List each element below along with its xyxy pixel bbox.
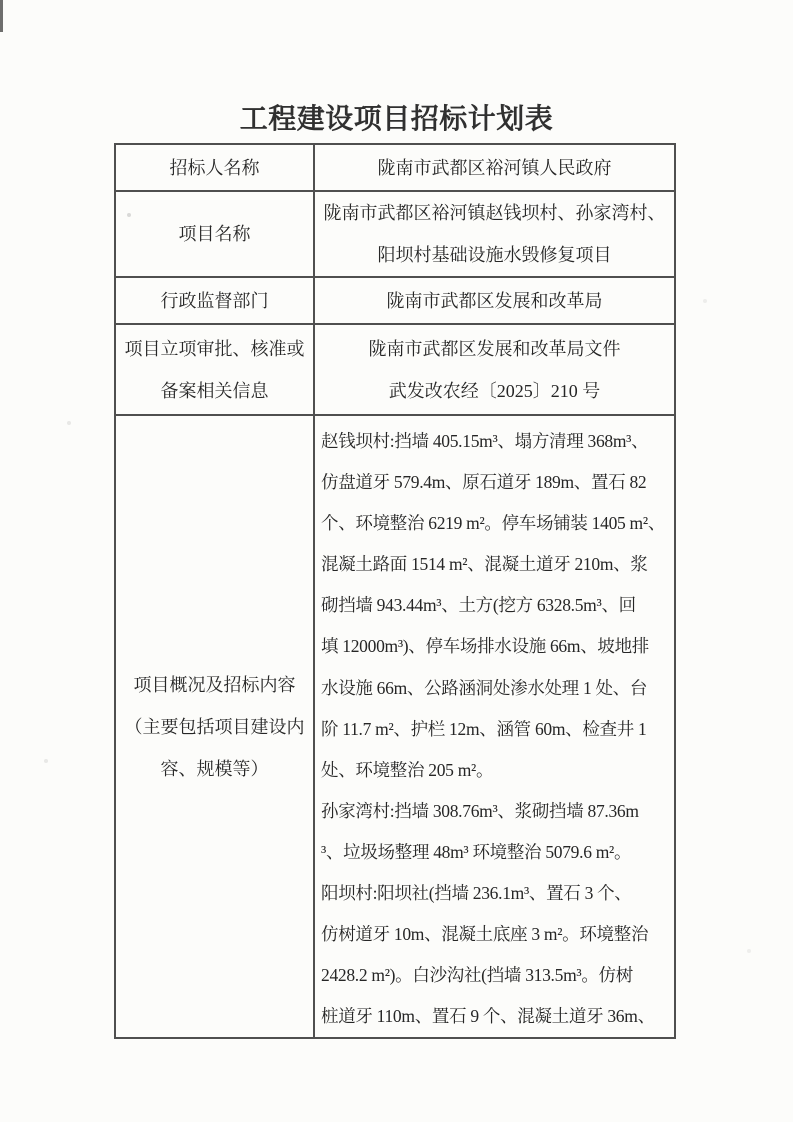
text-line: 行政监督部门 [118,280,311,322]
text-line: 仿盘道牙 579.4m、原石道牙 189m、置石 82 [321,462,672,503]
text-line: 武发改农经〔2025〕210 号 [317,370,672,412]
text-line: ³、垃圾场整理 48m³ 环境整治 5079.6 m²。 [321,832,672,873]
text-line: 个、环境整治 6219 m²。停车场铺装 1405 m²、 [321,503,672,544]
text-line: 阶 11.7 m²、护栏 12m、涵管 60m、检查井 1 [321,709,672,750]
text-line: 填 12000m³)、停车场排水设施 66m、坡地排 [321,626,672,667]
project-name-label: 项目名称 [115,191,314,277]
text-line: 陇南市武都区发展和改革局文件 [317,328,672,370]
text-line: 赵钱坝村:挡墙 405.15m³、塌方清理 368m³、 [321,421,672,462]
table-row-bidder-name: 招标人名称 陇南市武都区裕河镇人民政府 [115,144,675,191]
text-line: 容、规模等） [118,748,311,790]
project-overview-value: 赵钱坝村:挡墙 405.15m³、塌方清理 368m³、仿盘道牙 579.4m、… [314,415,675,1038]
text-line: 桩道牙 110m、置石 9 个、混凝土道牙 36m、 [321,996,672,1037]
text-line: 孙家湾村:挡墙 308.76m³、浆砌挡墙 87.36m [321,791,672,832]
bidding-plan-table: 招标人名称 陇南市武都区裕河镇人民政府 项目名称 陇南市武都区裕河镇赵钱坝村、孙… [114,143,676,1039]
text-line: 阳坝村基础设施水毁修复项目 [317,234,672,276]
text-line: 备案相关信息 [118,370,311,412]
supervision-department-label: 行政监督部门 [115,277,314,324]
scan-dust-specks [0,0,2,2]
scan-artifact-line [0,0,3,32]
scanned-document-page: 工程建设项目招标计划表 招标人名称 陇南市武都区裕河镇人民政府 项目名称 陇南市… [0,0,793,1122]
text-line: （主要包括项目建设内 [118,706,311,748]
table-row-project-overview: 项目概况及招标内容（主要包括项目建设内容、规模等） 赵钱坝村:挡墙 405.15… [115,415,675,1038]
text-line: 项目名称 [118,213,311,255]
text-line: 混凝土路面 1514 m²、混凝土道牙 210m、浆 [321,544,672,585]
text-line: 陇南市武都区裕河镇人民政府 [317,147,672,189]
table-row-supervision-department: 行政监督部门 陇南市武都区发展和改革局 [115,277,675,324]
bidder-name-label: 招标人名称 [115,144,314,191]
text-line: 砌挡墙 943.44m³、土方(挖方 6328.5m³、回 [321,585,672,626]
text-line: 招标人名称 [118,147,311,189]
text-line: 陇南市武都区裕河镇赵钱坝村、孙家湾村、 [317,192,672,234]
bidder-name-value: 陇南市武都区裕河镇人民政府 [314,144,675,191]
project-overview-label: 项目概况及招标内容（主要包括项目建设内容、规模等） [115,415,314,1038]
text-line: 阳坝村:阳坝社(挡墙 236.1m³、置石 3 个、 [321,873,672,914]
text-line: 仿树道牙 10m、混凝土底座 3 m²。环境整治 [321,914,672,955]
text-line: 项目立项审批、核准或 [118,328,311,370]
approval-info-label: 项目立项审批、核准或备案相关信息 [115,324,314,415]
page-title: 工程建设项目招标计划表 [0,97,793,137]
text-line: 2428.2 m²)。白沙沟社(挡墙 313.5m³。仿树 [321,955,672,996]
text-line: 陇南市武都区发展和改革局 [317,280,672,322]
approval-info-value: 陇南市武都区发展和改革局文件武发改农经〔2025〕210 号 [314,324,675,415]
table-row-approval-info: 项目立项审批、核准或备案相关信息 陇南市武都区发展和改革局文件武发改农经〔202… [115,324,675,415]
text-line: 处、环境整治 205 m²。 [321,750,672,791]
text-line: 水设施 66m、公路涵洞处渗水处理 1 处、台 [321,668,672,709]
project-name-value: 陇南市武都区裕河镇赵钱坝村、孙家湾村、阳坝村基础设施水毁修复项目 [314,191,675,277]
table-row-project-name: 项目名称 陇南市武都区裕河镇赵钱坝村、孙家湾村、阳坝村基础设施水毁修复项目 [115,191,675,277]
text-line: 项目概况及招标内容 [118,664,311,706]
supervision-department-value: 陇南市武都区发展和改革局 [314,277,675,324]
